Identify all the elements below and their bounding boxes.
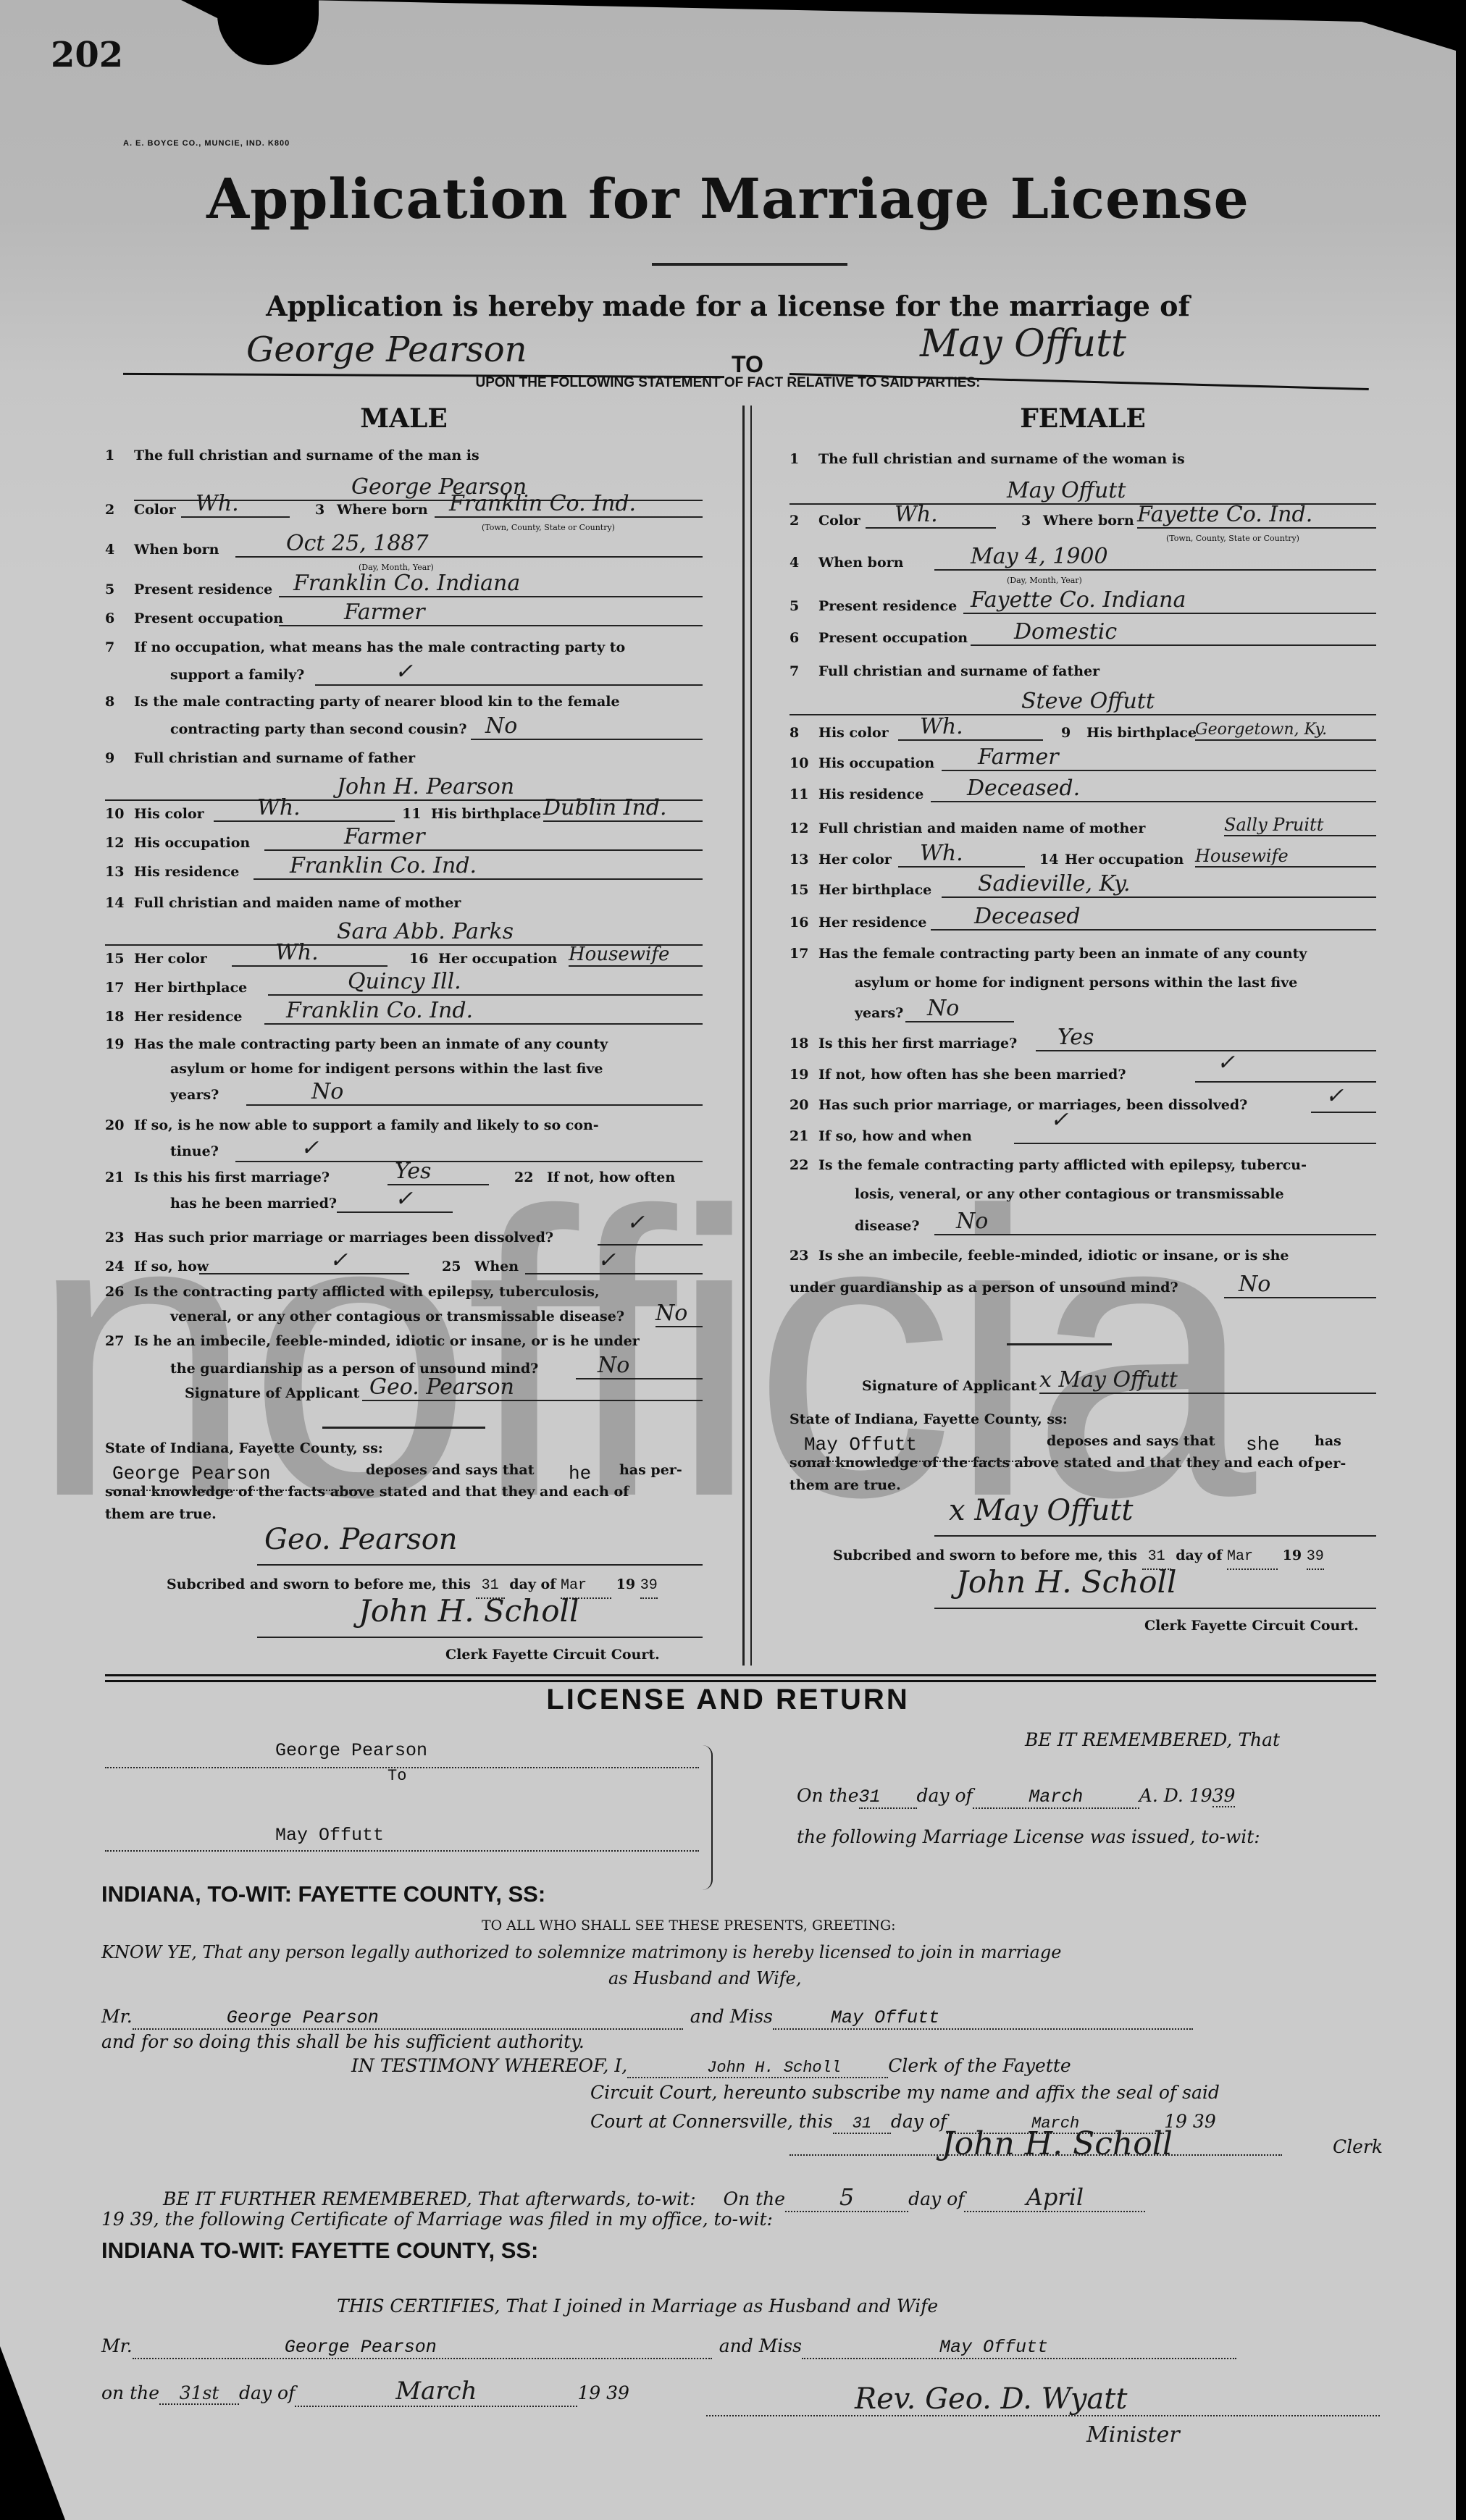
question-number: 15	[105, 952, 131, 966]
question-label: Full christian and maiden name of mother	[134, 896, 703, 910]
answer-field: ✓	[525, 1254, 703, 1274]
answer-field: Housewife	[1195, 847, 1376, 868]
question-label: asylum or home for indigent persons with…	[170, 1062, 703, 1076]
court-text: day of	[891, 2111, 947, 2132]
question-number: 26	[105, 1285, 131, 1299]
question-number: 17	[105, 981, 131, 995]
subscribed-year: 39	[1307, 1545, 1324, 1570]
deponent-name: George Pearson	[112, 1459, 359, 1491]
question-number: 13	[789, 853, 816, 867]
mr-label: Mr.	[101, 2006, 133, 2027]
subscribed-month: Mar	[1227, 1545, 1278, 1570]
deposes-text: deposes and says that	[1047, 1430, 1215, 1452]
male-section: MALE 1 The full christian and surname of…	[105, 406, 703, 439]
deponent-signature-field: Geo. Pearson	[257, 1528, 703, 1566]
answer-field: Wh.	[866, 508, 996, 529]
state-line: State of Indiana, Fayette County, ss:	[789, 1408, 1376, 1430]
know-ye: KNOW YE, That any person legally authori…	[101, 1942, 1061, 1962]
question-label: Her occupation	[438, 952, 557, 966]
question-label: has he been married?	[170, 1197, 337, 1211]
subscribed-text: day of	[1176, 1547, 1222, 1563]
deposition-line: May Offutt deposes and says that she has…	[789, 1430, 1376, 1452]
answer-field: Housewife	[569, 946, 703, 967]
question-number: 17	[789, 947, 816, 961]
license-issued-text: the following Marriage License was issue…	[797, 1826, 1260, 1847]
deponent-signature: x May Offutt	[949, 1487, 1133, 1534]
question-label: Is this his first marriage?	[134, 1171, 330, 1185]
answer-field: Deceased.	[931, 782, 1376, 802]
answer-field: Wh.	[898, 721, 1043, 741]
to-label: TO	[732, 351, 763, 378]
question-label: His color	[134, 807, 204, 821]
certificate-mr-name: George Pearson	[133, 2337, 712, 2359]
question-number: 15	[789, 883, 816, 897]
answer-field: Fayette Co. Ind.	[1137, 508, 1376, 529]
license-miss-name: May Offutt	[773, 2007, 1193, 2030]
testimony-line: IN TESTIMONY WHEREOF, I,John H. SchollCl…	[351, 2055, 1071, 2078]
answer-field: Sadieville, Ky.	[942, 878, 1376, 898]
marriage-record: 202 A. E. BOYCE CO., MUNCIE, IND. K800 A…	[0, 0, 1456, 2520]
clerk-signature-field: John H. Scholl	[257, 1600, 703, 1638]
question-label: The full christian and surname of the ma…	[134, 449, 703, 463]
deposes-text: has per-	[1315, 1430, 1376, 1474]
question-label: Is she an imbecile, feeble-minded, idiot…	[818, 1249, 1376, 1263]
answer-field: Deceased	[931, 910, 1376, 931]
filed-day: 5	[785, 2183, 908, 2212]
question-label: His color	[818, 726, 889, 740]
question-label: Has such prior marriage or marriages bee…	[134, 1231, 553, 1245]
authority-text: and for so doing this shall be his suffi…	[101, 2031, 585, 2052]
page-title: Application for Marriage License	[0, 167, 1456, 231]
state-line: State of Indiana, Fayette County, ss:	[105, 1437, 703, 1459]
section-rule	[322, 1427, 485, 1429]
column-divider	[742, 406, 752, 1666]
certificate-miss-name: May Offutt	[802, 2337, 1236, 2359]
answer-field: No	[576, 1359, 703, 1379]
answer-field: Farmer	[264, 831, 703, 851]
answer-field: Wh.	[898, 847, 1025, 868]
page-number: 202	[51, 35, 123, 75]
question-label: Has the female contracting party been an…	[818, 947, 1376, 961]
further-text: day of	[908, 2188, 964, 2209]
signature-field: Geo. Pearson	[362, 1381, 703, 1401]
answer-field: No	[905, 1002, 1014, 1022]
question-number: 7	[105, 641, 131, 655]
answer-field: ✓	[235, 1142, 703, 1162]
question-label: Her color	[818, 853, 892, 867]
question-label: Full christian and maiden name of mother	[818, 822, 1145, 836]
answer-field: Dublin Ind.	[543, 802, 703, 822]
question-number: 27	[105, 1335, 131, 1348]
applicant-names: George Pearson TO May Offutt	[123, 322, 1369, 373]
license-brace	[703, 1745, 713, 1890]
question-number: 11	[789, 788, 816, 802]
female-heading: FEMALE	[789, 406, 1376, 432]
clerk-signature: John H. Scholl	[359, 1587, 579, 1635]
answer-field: Franklin Co. Ind.	[264, 1004, 703, 1025]
title-rule	[652, 263, 847, 266]
applicant-signature: x May Offutt	[1039, 1369, 1178, 1391]
filed-line: 19 39, the following Certificate of Marr…	[101, 2209, 773, 2230]
question-label: His birthplace	[1086, 726, 1197, 740]
answer-field: ✓	[1311, 1093, 1376, 1113]
date-text: day of	[917, 1785, 973, 1806]
field-hint: (Town, County, State or Country)	[1166, 534, 1299, 542]
further-text: On the	[724, 2188, 786, 2209]
license-top-rule	[105, 1674, 1376, 1676]
question-label: years?	[855, 1007, 903, 1020]
applicant-signature: Geo. Pearson	[369, 1377, 514, 1398]
further-remembered-line: BE IT FURTHER REMEMBERED, That afterward…	[163, 2183, 1145, 2212]
testimony-clerk-name: John H. Scholl	[627, 2059, 888, 2078]
deposes-text: has per-	[619, 1459, 682, 1481]
date-text: On the	[797, 1785, 859, 1806]
question-number: 3	[1021, 514, 1031, 528]
answer-field: Yes	[1036, 1031, 1376, 1051]
question-number: 5	[105, 583, 131, 597]
signature-label: Signature of Applicant	[185, 1387, 359, 1400]
certificate-parties: Mr.George Pearsonand MissMay Offutt	[101, 2335, 1236, 2359]
question-number: 10	[789, 757, 816, 770]
license-to: To	[388, 1767, 406, 1785]
question-label: Where born	[337, 503, 428, 517]
question-number: 14	[105, 896, 131, 910]
answer-field: ✓	[1014, 1124, 1376, 1144]
question-number: 20	[789, 1099, 816, 1112]
groom-name: George Pearson	[246, 329, 527, 370]
license-mr-name: George Pearson	[133, 2007, 683, 2030]
subtitle: Application is hereby made for a license…	[0, 290, 1456, 322]
question-number: 6	[105, 612, 131, 626]
answer-field: Farmer	[942, 751, 1376, 771]
deponent-signature-field: x May Offutt	[934, 1499, 1376, 1537]
question-number: 23	[789, 1249, 816, 1263]
answer-field: Oct 25, 1887	[235, 537, 703, 558]
bride-name: May Offutt	[920, 322, 1126, 366]
deponent-signature: Geo. Pearson	[264, 1516, 458, 1563]
minister-signature: Rev. Geo. D. Wyatt	[855, 2382, 1127, 2416]
question-number: 14	[1039, 853, 1058, 867]
answer-field: Steve Offutt	[789, 692, 1376, 715]
question-number: 9	[105, 752, 131, 765]
answer-field: Domestic	[971, 626, 1376, 646]
court-text: Court at Connersville, this	[590, 2111, 833, 2132]
answer-field: Sara Abb. Parks	[105, 923, 703, 946]
subscribed-text: 19	[1283, 1547, 1302, 1563]
mr-label: Mr.	[101, 2335, 133, 2356]
question-number: 16	[409, 952, 428, 966]
question-label: His birthplace	[431, 807, 541, 821]
clerk-title: Clerk Fayette Circuit Court.	[445, 1644, 660, 1666]
question-number: 4	[105, 543, 131, 557]
question-label: Where born	[1043, 514, 1134, 528]
question-number: 13	[105, 865, 131, 879]
answer-field: ✓	[1195, 1062, 1376, 1083]
question-number: 7	[789, 665, 816, 679]
question-number: 22	[789, 1159, 816, 1172]
pronoun: she	[1246, 1430, 1280, 1461]
question-label: Is the contracting party afflicted with …	[134, 1285, 703, 1299]
question-label: If not, how often	[547, 1171, 675, 1185]
question-number: 9	[1061, 726, 1071, 740]
question-label: When	[474, 1260, 519, 1274]
answer-field: Wh.	[232, 946, 388, 967]
male-affidavit: State of Indiana, Fayette County, ss: Ge…	[105, 1437, 703, 1525]
question-number: 19	[789, 1068, 816, 1082]
signature-label: Signature of Applicant	[862, 1379, 1036, 1393]
female-affidavit: State of Indiana, Fayette County, ss: Ma…	[789, 1408, 1376, 1496]
license-clerk-signature: John H. Scholl	[942, 2125, 1173, 2162]
date-text: A. D. 19	[1139, 1785, 1212, 1806]
question-label: Has the male contracting party been an i…	[134, 1038, 703, 1051]
answer-field: Franklin Co. Ind.	[435, 497, 703, 518]
deposes-text: deposes and says that	[366, 1459, 535, 1481]
answer-field: Franklin Co. Ind.	[254, 860, 703, 880]
question-number: 1	[105, 449, 131, 463]
answer-field: Franklin Co. Indiana	[279, 577, 703, 597]
license-issue-date: On the31day ofMarchA. D. 1939	[797, 1785, 1235, 1809]
answer-field: No	[1224, 1278, 1376, 1298]
answer-field: May 4, 1900	[934, 550, 1376, 571]
deposition-line: George Pearson deposes and says that he …	[105, 1459, 703, 1481]
question-label: losis, veneral, or any other contagious …	[855, 1188, 1376, 1201]
question-number: 6	[789, 631, 816, 645]
filed-year: 19 39	[101, 2209, 154, 2230]
male-heading: MALE	[105, 406, 703, 432]
answer-field: Georgetown, Ky.	[1195, 721, 1376, 741]
answer-field: No	[246, 1085, 703, 1106]
question-label: Her occupation	[1065, 853, 1184, 867]
question-number: 12	[789, 822, 816, 836]
certifies-text: THIS CERTIFIES, That I joined in Marriag…	[337, 2296, 938, 2317]
subscribed-text: 19	[616, 1576, 635, 1592]
question-number: 16	[789, 916, 816, 930]
answer-field: Sally Pruitt	[1224, 816, 1376, 836]
answer-field: No	[655, 1307, 703, 1327]
question-number: 11	[402, 807, 421, 821]
question-number: 25	[442, 1260, 461, 1274]
question-number: 2	[105, 503, 131, 517]
license-parties: Mr.George Pearsonand MissMay Offutt	[101, 2006, 1193, 2030]
answer-field: Fayette Co. Indiana	[963, 594, 1376, 614]
testimony-text: IN TESTIMONY WHEREOF, I,	[351, 2055, 627, 2076]
question-label: veneral, or any other contagious or tran…	[170, 1310, 624, 1324]
question-number: 10	[105, 807, 131, 821]
question-number: 1	[789, 453, 816, 466]
license-heading: LICENSE AND RETURN	[0, 1684, 1456, 1716]
indiana-heading-1: INDIANA, TO-WIT: FAYETTE COUNTY, SS:	[101, 1881, 545, 1907]
greeting: TO ALL WHO SHALL SEE THESE PRESENTS, GRE…	[482, 1918, 896, 1933]
question-label: If so, is he now able to support a famil…	[134, 1119, 703, 1133]
field-hint: (Day, Month, Year)	[1007, 576, 1082, 584]
license-bride: May Offutt	[275, 1825, 384, 1846]
clerk-signature: John H. Scholl	[956, 1558, 1176, 1606]
be-it-remembered: BE IT REMEMBERED, That	[1025, 1729, 1280, 1750]
marriage-date-line: on the31stday ofMarch19 39	[101, 2377, 629, 2407]
clerk-label: Clerk	[1333, 2136, 1383, 2157]
question-number: 19	[105, 1038, 131, 1051]
marriage-month: March	[295, 2377, 577, 2407]
question-number: 8	[105, 695, 131, 709]
question-label: If so, how	[134, 1260, 209, 1274]
filed-month: April	[964, 2183, 1145, 2212]
clerk-title: Clerk Fayette Circuit Court.	[1144, 1615, 1359, 1637]
question-label: Is the female contracting party afflicte…	[818, 1159, 1376, 1172]
question-number: 2	[789, 514, 816, 528]
question-number: 21	[105, 1171, 131, 1185]
indiana-heading-2: INDIANA TO-WIT: FAYETTE COUNTY, SS:	[101, 2238, 538, 2264]
license-year: 39	[1212, 1785, 1236, 1807]
license-month: March	[973, 1786, 1139, 1809]
question-number: 18	[789, 1037, 816, 1051]
subscribed-year: 39	[640, 1574, 658, 1599]
answer-field: Wh.	[181, 497, 290, 518]
marriage-year: 19 39	[577, 2382, 629, 2403]
answer-field: Quincy Ill.	[268, 975, 703, 996]
question-number: 5	[789, 600, 816, 613]
further-text: BE IT FURTHER REMEMBERED, That afterward…	[163, 2188, 696, 2209]
circuit-text: Circuit Court, hereunto subscribe my nam…	[590, 2082, 1220, 2103]
question-label: Has such prior marriage, or marriages, b…	[818, 1099, 1247, 1112]
question-number: 18	[105, 1010, 131, 1024]
statement-heading: UPON THE FOLLOWING STATEMENT OF FACT REL…	[0, 375, 1456, 391]
question-number: 23	[105, 1231, 131, 1245]
printer-imprint: A. E. BOYCE CO., MUNCIE, IND. K800	[123, 139, 290, 148]
question-number: 3	[315, 503, 324, 517]
question-label: asylum or home for indignent persons wit…	[855, 976, 1376, 990]
question-label: Her color	[134, 952, 207, 966]
marriage-text: on the	[101, 2382, 159, 2403]
pronoun: he	[569, 1459, 591, 1490]
answer-field: Farmer	[279, 606, 703, 626]
question-number: 4	[789, 556, 816, 570]
answer-field: Yes	[388, 1165, 489, 1185]
question-label: The full christian and surname of the wo…	[818, 453, 1376, 466]
question-label: If no occupation, what means has the mal…	[134, 641, 703, 655]
question-label: disease?	[855, 1219, 920, 1233]
husband-wife: as Husband and Wife,	[608, 1968, 801, 1988]
marriage-day: 31st	[159, 2382, 239, 2405]
field-hint: (Town, County, State or Country)	[482, 524, 615, 532]
signature-field: x May Offutt	[1039, 1374, 1376, 1394]
answer-field: ✓	[315, 665, 703, 686]
answer-field: Wh.	[214, 802, 395, 822]
question-label: Is the male contracting party of nearer …	[134, 695, 703, 709]
question-label: Color	[818, 514, 860, 528]
question-label: Is he an imbecile, feeble-minded, idioti…	[134, 1335, 703, 1348]
question-number: 21	[789, 1130, 816, 1143]
deponent-name: May Offutt	[804, 1430, 1036, 1462]
question-label: under guardianship as a person of unsoun…	[789, 1281, 1178, 1295]
question-number: 24	[105, 1260, 131, 1274]
filed-text: , the following Certificate of Marriage …	[154, 2209, 773, 2230]
clerk-signature-field: John H. Scholl	[934, 1571, 1376, 1609]
question-number: 12	[105, 836, 131, 850]
question-number: 22	[514, 1171, 533, 1185]
question-label: Color	[134, 503, 176, 517]
testimony-text: Clerk of the Fayette	[888, 2055, 1071, 2076]
question-label: Full christian and surname of father	[134, 752, 703, 765]
minister-title: Minister	[1086, 2422, 1180, 2448]
answer-field: No	[934, 1215, 1376, 1235]
miss-label: and Miss	[690, 2006, 773, 2027]
answer-field: No	[471, 720, 703, 740]
miss-label: and Miss	[719, 2335, 802, 2356]
license-day: 31	[859, 1786, 917, 1809]
question-number: 8	[789, 726, 816, 740]
question-label: Full christian and surname of father	[818, 665, 1376, 679]
license-groom: George Pearson	[275, 1740, 427, 1761]
license-bride-line	[105, 1850, 699, 1852]
court-day: 31	[833, 2114, 891, 2134]
answer-field: ✓	[598, 1225, 703, 1246]
female-section: FEMALE 1 The full christian and surname …	[789, 406, 1376, 439]
question-number: 20	[105, 1119, 131, 1133]
answer-field: ✓	[337, 1193, 453, 1213]
answer-field: ✓	[199, 1254, 409, 1274]
marriage-text: day of	[239, 2382, 295, 2403]
section-rule	[1007, 1343, 1112, 1345]
